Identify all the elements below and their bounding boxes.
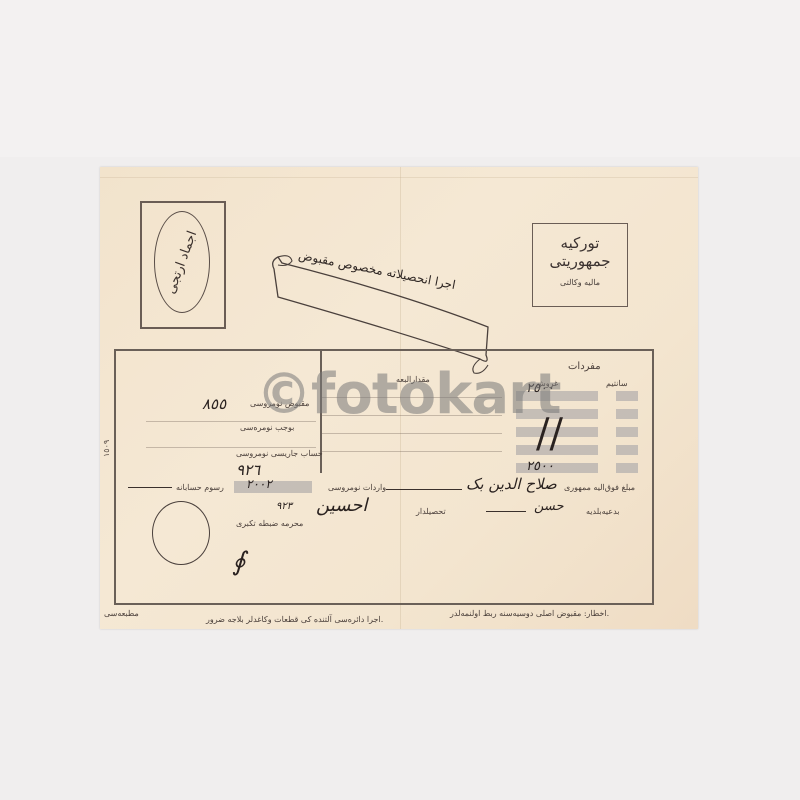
row2-label-mid: تحصیلدار bbox=[416, 507, 446, 516]
column-label-santim: سانتیم bbox=[606, 379, 628, 388]
footer-center: اجرا دائره‌سی آلتنده کی قطعات وکاغدلر بل… bbox=[206, 615, 383, 624]
oval-seal-text: اجماد ارتجی bbox=[164, 229, 201, 296]
row1-label-right: مبلغ فوق‌الیه ممهوری bbox=[564, 483, 635, 492]
row1-name: صلاح الدین بک bbox=[466, 475, 557, 493]
shaded-cell bbox=[616, 427, 638, 437]
shaded-cell bbox=[616, 445, 638, 455]
row2-date: ٩٢٣ bbox=[276, 501, 292, 512]
row2-label-right: بدعیه‌بلدیه bbox=[586, 507, 620, 516]
ministry-emblem-box: تورکیه جمهوریتی مالیه وکالتی bbox=[532, 223, 628, 307]
signature-scribble: ∮ bbox=[232, 547, 246, 577]
row1-label-left: رسوم حسابانه bbox=[176, 483, 224, 492]
handwritten-sub: ٢٠٠٢ bbox=[246, 477, 272, 491]
ruled-line bbox=[322, 433, 502, 434]
row2-signature: احسین bbox=[316, 495, 367, 516]
margin-note: ١٥٠٩ bbox=[102, 440, 111, 457]
crease-line bbox=[100, 177, 698, 178]
background-strip bbox=[0, 0, 800, 157]
stamp-circle bbox=[152, 501, 210, 565]
fill-line bbox=[386, 489, 462, 490]
title-banner: اجرا انحصیلاته مخصوص مقبوض bbox=[260, 247, 490, 297]
left-label-account-no: حساب جاریسی نومروسی bbox=[236, 449, 323, 458]
left-stamp-box: اجماد ارتجی bbox=[140, 201, 226, 329]
oval-seal: اجماد ارتجی bbox=[154, 211, 210, 313]
ruled-line bbox=[322, 451, 502, 452]
row2-extra: محرمه ضبطه تکبری bbox=[236, 519, 303, 528]
watermark: ©fotokart bbox=[256, 362, 561, 427]
row2-name: حسن bbox=[534, 499, 564, 514]
fill-line bbox=[486, 511, 526, 512]
fill-line bbox=[128, 487, 172, 488]
ministry-logo-text: تورکیه جمهوریتی bbox=[533, 234, 627, 270]
shaded-cell bbox=[616, 409, 638, 419]
serial-number: ٨٥٥ bbox=[202, 395, 226, 413]
shaded-cell bbox=[616, 391, 638, 401]
ministry-sub-text: مالیه وکالتی bbox=[533, 278, 627, 287]
amount-bottom: ٢٥٠٠ bbox=[526, 459, 554, 474]
header-label: مفردات bbox=[568, 361, 601, 372]
ruled-line bbox=[146, 447, 316, 448]
footer-right: اخطار: مقبوض اصلی دوسیه‌سنه ربط اولنمه‌ل… bbox=[450, 609, 609, 618]
footer-left: مطبعه‌سی bbox=[104, 609, 139, 618]
shaded-cell bbox=[616, 463, 638, 473]
row1-label-mid: واردات نومروسی bbox=[328, 483, 386, 492]
